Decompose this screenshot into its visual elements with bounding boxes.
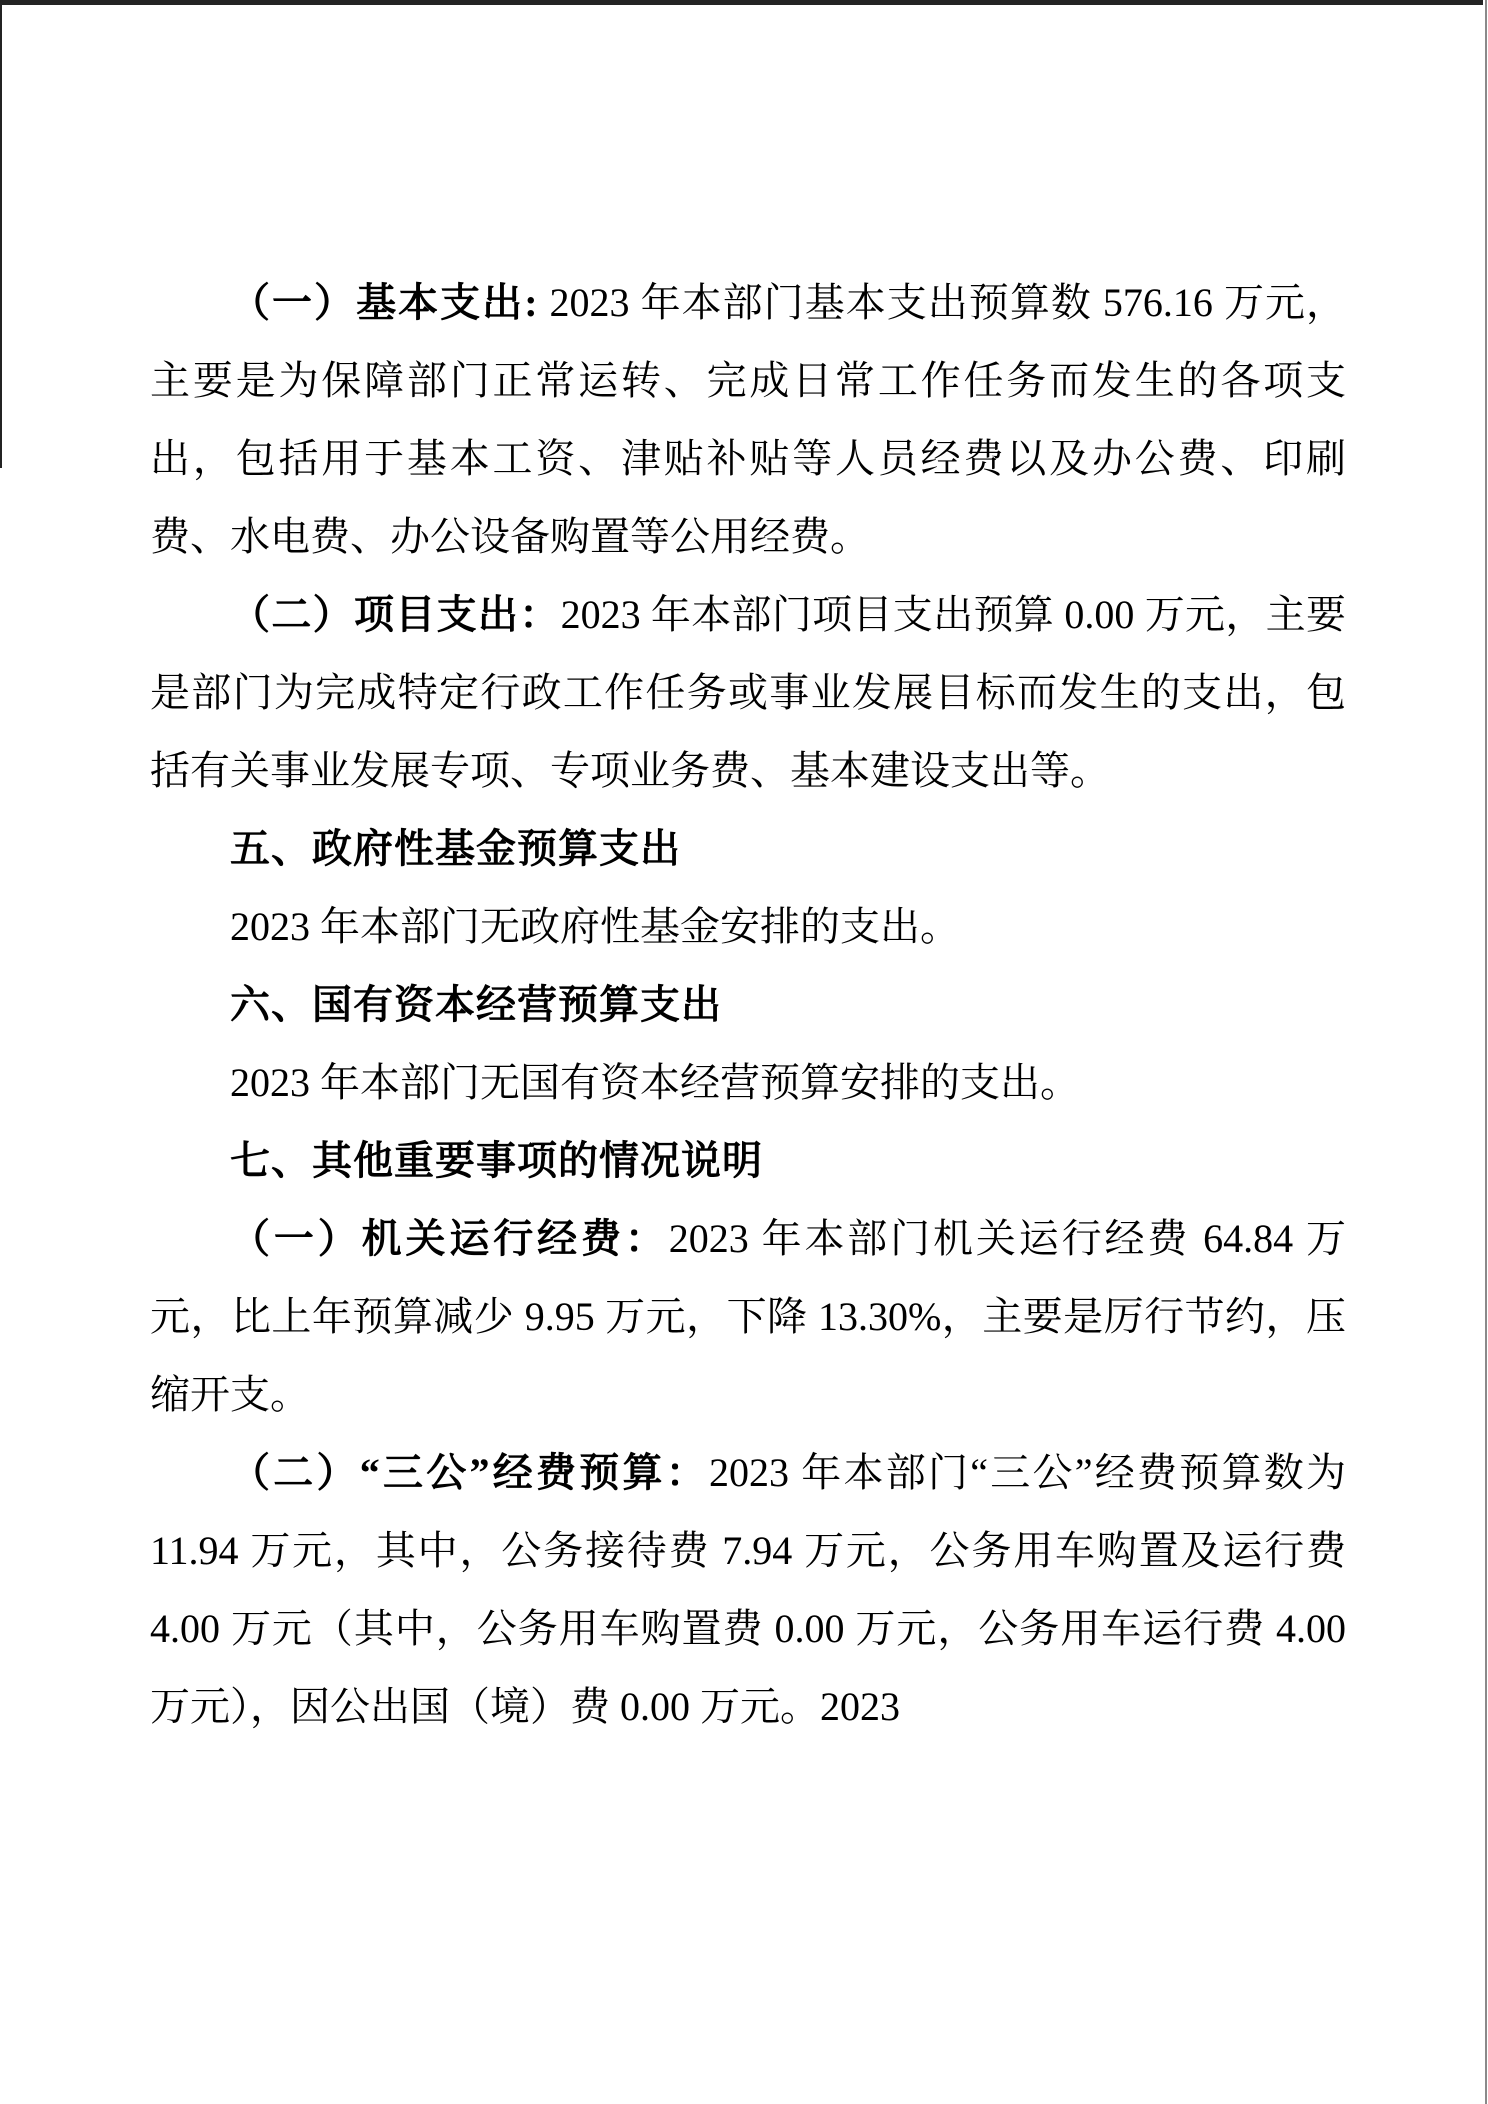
paragraph-lead: （二）项目支出： [230,592,561,637]
paragraph: 2023 年本部门无国有资本经营预算安排的支出。 [150,1044,1346,1122]
page-edge-right [1485,0,1487,2104]
page-edge-top [0,0,1483,5]
paragraph-lead: （一）基本支出: [230,280,539,325]
paragraph: （一）机关运行经费：2023 年本部门机关运行经费 64.84 万元，比上年预算… [150,1200,1346,1434]
paragraph-lead: （二）“三公”经费预算： [230,1450,709,1495]
paragraph: （二）“三公”经费预算：2023 年本部门“三公”经费预算数为 11.94 万元… [150,1434,1346,1746]
paragraph: 2023 年本部门无政府性基金安排的支出。 [150,888,1346,966]
page-edge-left [0,0,2,468]
section-heading: 五、政府性基金预算支出 [150,810,1346,888]
section-heading: 七、其他重要事项的情况说明 [150,1122,1346,1200]
section-heading: 六、国有资本经营预算支出 [150,966,1346,1044]
paragraph: （二）项目支出：2023 年本部门项目支出预算 0.00 万元，主要是部门为完成… [150,576,1346,810]
document-page: （一）基本支出: 2023 年本部门基本支出预算数 576.16 万元，主要是为… [0,0,1488,2104]
paragraph: （一）基本支出: 2023 年本部门基本支出预算数 576.16 万元，主要是为… [150,264,1346,576]
document-body: （一）基本支出: 2023 年本部门基本支出预算数 576.16 万元，主要是为… [150,264,1346,1746]
paragraph-lead: （一）机关运行经费： [230,1216,669,1261]
